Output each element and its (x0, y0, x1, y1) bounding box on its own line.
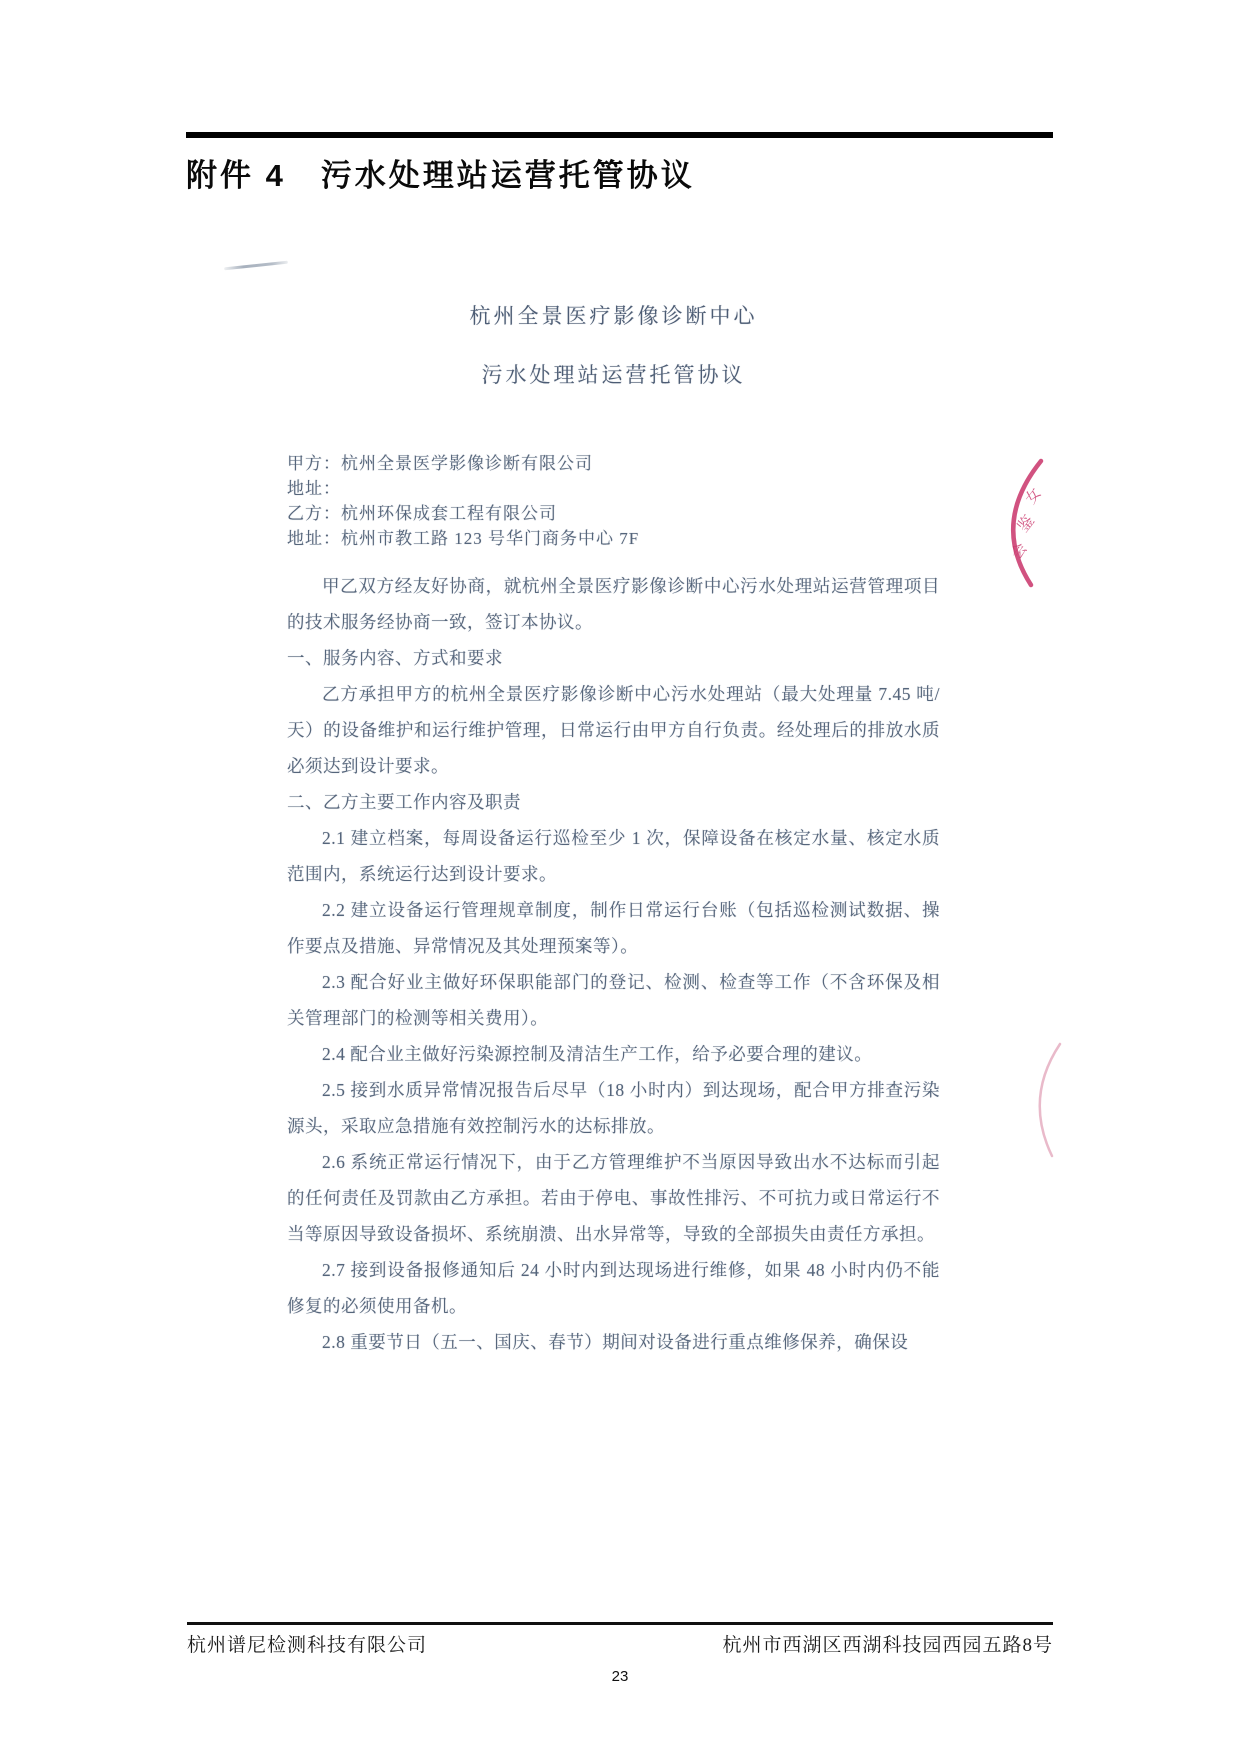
pen-mark (224, 261, 288, 271)
agreement-paragraph: 2.1 建立档案，每周设备运行巡检至少 1 次，保障设备在核定水量、核定水质范围… (287, 820, 940, 892)
header-rule (186, 132, 1053, 138)
party-line: 地址：杭州市教工路 123 号华门商务中心 7F (287, 526, 940, 551)
footer-address: 杭州市西湖区西湖科技园西园五路8号 (722, 1630, 1053, 1657)
agreement-paragraph: 2.3 配合好业主做好环保职能部门的登记、检测、检查等工作（不含环保及相关管理部… (287, 964, 940, 1036)
agreement-paragraph: 2.4 配合业主做好污染源控制及清洁生产工作，给予必要合理的建议。 (287, 1036, 940, 1072)
agreement-paragraph: 二、乙方主要工作内容及职责 (287, 784, 940, 820)
seal-arc (1040, 1044, 1060, 1156)
parties-block: 甲方：杭州全景医学影像诊断有限公司 地址： 乙方：杭州环保成套工程有限公司 地址… (287, 451, 940, 551)
party-line: 地址： (287, 476, 940, 501)
document-page: 附件 4 污水处理站运营托管协议 杭州全景医疗影像诊断中心 污水处理站运营托管协… (0, 0, 1240, 1754)
agreement-paragraph: 2.7 接到设备报修通知后 24 小时内到达现场进行维修，如果 48 小时内仍不… (287, 1252, 940, 1324)
seal-char: 鉴 (1014, 512, 1038, 536)
agreement-title-line1: 杭州全景医疗影像诊断中心 (287, 300, 940, 330)
page-number: 23 (0, 1668, 1240, 1685)
attachment-title: 附件 4 污水处理站运营托管协议 (186, 150, 695, 195)
footer-company: 杭州谱尼检测科技有限公司 (187, 1630, 427, 1657)
red-seal-fragment-lower (1022, 1040, 1067, 1160)
agreement-body: 甲乙双方经友好协商，就杭州全景医疗影像诊断中心污水处理站运营管理项目的技术服务经… (287, 568, 940, 1360)
footer-rule (187, 1622, 1053, 1625)
agreement-paragraph: 2.8 重要节日（五一、国庆、春节）期间对设备进行重点维修保养，确保设 (287, 1324, 940, 1360)
agreement-paragraph: 2.2 建立设备运行管理规章制度，制作日常运行台账（包括巡检测试数据、操作要点及… (287, 892, 940, 964)
agreement-title-line2: 污水处理站运营托管协议 (287, 359, 940, 389)
party-line: 甲方：杭州全景医学影像诊断有限公司 (287, 451, 940, 476)
party-line: 乙方：杭州环保成套工程有限公司 (287, 501, 940, 526)
agreement-paragraph: 乙方承担甲方的杭州全景医疗影像诊断中心污水处理站（最大处理量 7.45 吨/天）… (287, 676, 940, 784)
agreement-paragraph: 甲乙双方经友好协商，就杭州全景医疗影像诊断中心污水处理站运营管理项目的技术服务经… (287, 568, 940, 640)
red-seal-fragment-upper: 女 鉴 会 (985, 455, 1051, 590)
agreement-paragraph: 2.6 系统正常运行情况下，由于乙方管理维护不当原因导致出水不达标而引起的任何责… (287, 1144, 940, 1252)
agreement-paragraph: 2.5 接到水质异常情况报告后尽早（18 小时内）到达现场，配合甲方排查污染源头… (287, 1072, 940, 1144)
seal-char: 会 (1008, 540, 1031, 562)
agreement-paragraph: 一、服务内容、方式和要求 (287, 640, 940, 676)
scanned-agreement: 杭州全景医疗影像诊断中心 污水处理站运营托管协议 甲方：杭州全景医学影像诊断有限… (287, 300, 940, 1360)
